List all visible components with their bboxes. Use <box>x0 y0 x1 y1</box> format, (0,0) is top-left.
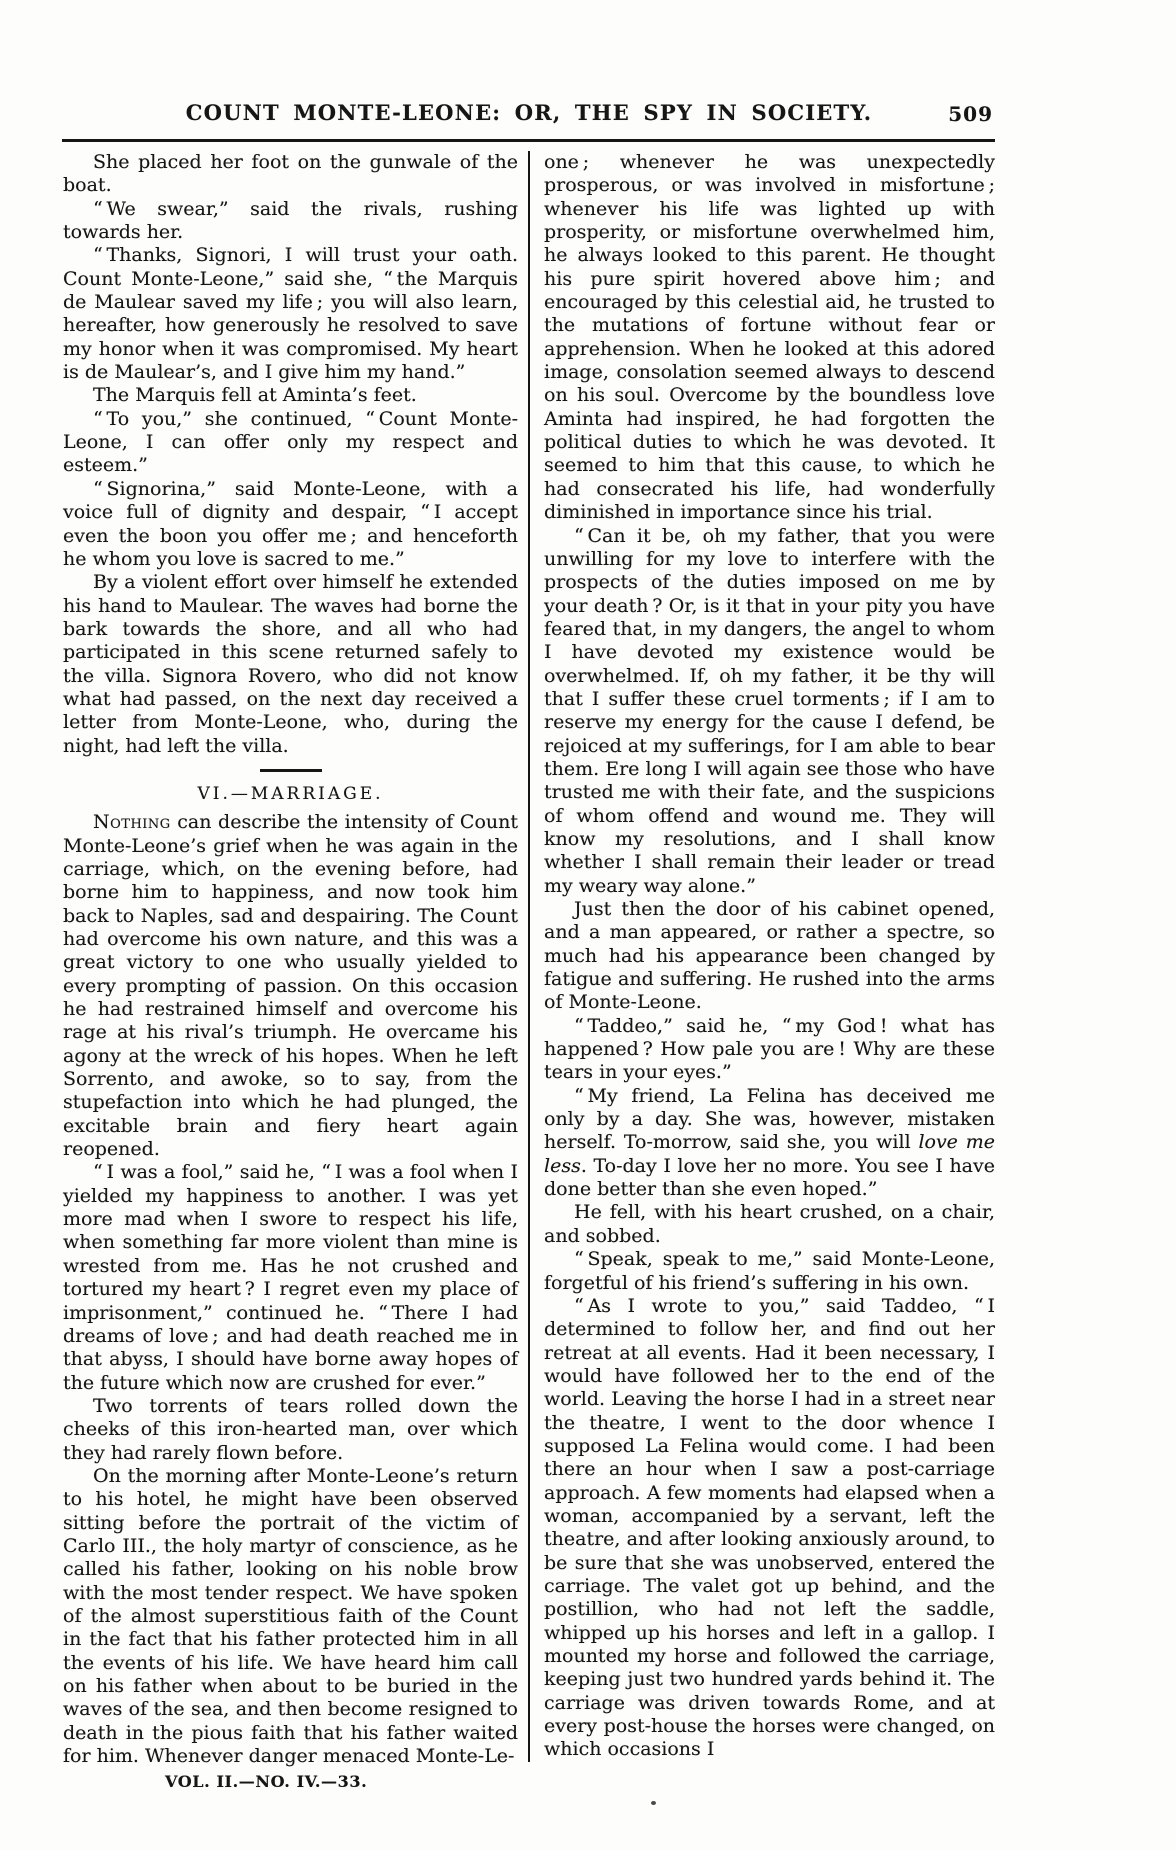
paragraph: “ Can it be, oh my father, that you were… <box>544 525 995 899</box>
paragraph: “ Speak, speak to me,” said Monte-Leone,… <box>544 1248 995 1295</box>
paragraph: The Marquis fell at Aminta’s feet. <box>63 384 518 407</box>
paragraph: one ; whenever he was unexpectedly prosp… <box>544 151 995 525</box>
paragraph: On the morning after Monte-Leone’s retur… <box>63 1465 518 1768</box>
paragraph: He fell, with his heart crushed, on a ch… <box>544 1201 995 1248</box>
running-title: COUNT MONTE-LEONE: OR, THE SPY IN SOCIET… <box>63 100 995 125</box>
paragraph: “ I was a fool,” said he, “ I was a fool… <box>63 1161 518 1394</box>
paragraph: “ Signorina,” said Monte-Leone, with a v… <box>63 478 518 571</box>
section-heading: VI.—MARRIAGE. <box>63 783 518 806</box>
left-column: She placed her foot on the gunwale of th… <box>63 151 528 1794</box>
paragraph: By a violent effort over himself he exte… <box>63 571 518 758</box>
paragraph: Nothing can describe the intensity of Co… <box>63 811 518 1161</box>
section-divider <box>260 769 322 772</box>
paragraph: “ My friend, La Felina has deceived me o… <box>544 1085 995 1202</box>
page-number: 509 <box>948 102 993 126</box>
paragraph: “ To you,” she continued, “ Count Monte-… <box>63 408 518 478</box>
paragraph: “ Thanks, Signori, I will trust your oat… <box>63 244 518 384</box>
volume-imprint: VOL. II.—NO. IV.—33. <box>63 1770 518 1793</box>
paragraph: Just then the door of his cabinet opened… <box>544 898 995 1015</box>
header-rule <box>62 139 995 142</box>
page-header: COUNT MONTE-LEONE: OR, THE SPY IN SOCIET… <box>63 100 995 134</box>
text-columns: She placed her foot on the gunwale of th… <box>63 151 995 1794</box>
book-page: COUNT MONTE-LEONE: OR, THE SPY IN SOCIET… <box>0 0 1176 1850</box>
paragraph: “ We swear,” said the rivals, rushing to… <box>63 198 518 245</box>
ink-speck <box>651 1801 656 1805</box>
paragraph: “ Taddeo,” said he, “ my God ! what has … <box>544 1015 995 1085</box>
paragraph: Two torrents of tears rolled down the ch… <box>63 1395 518 1465</box>
right-column: one ; whenever he was unexpectedly prosp… <box>528 151 995 1762</box>
paragraph: She placed her foot on the gunwale of th… <box>63 151 518 198</box>
paragraph: “ As I wrote to you,” said Taddeo, “ I d… <box>544 1295 995 1762</box>
